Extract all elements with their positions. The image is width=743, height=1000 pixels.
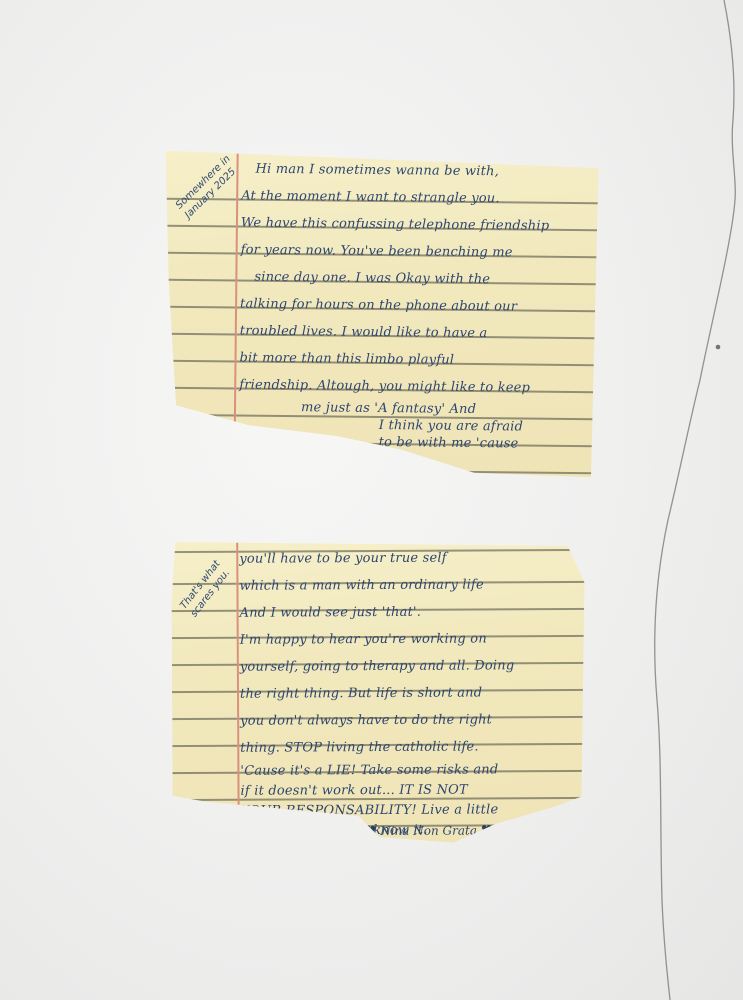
- note-line: talking for hours on the phone about our: [240, 291, 591, 322]
- signature: ♥ Nina Non Grata ♥: [365, 823, 493, 839]
- note-line: which is a man with an ordinary life: [239, 571, 578, 600]
- note-line: friendship. Altough, you might like to k…: [239, 372, 590, 403]
- wall-crack: [0, 0, 743, 1000]
- note-line: And I would see just 'that'.: [240, 598, 579, 627]
- heart-icon: ♥: [481, 823, 493, 838]
- handwritten-note-top: Somewhere in January 2025 Hi man I somet…: [162, 151, 598, 478]
- note-line: you don't always have to do the right: [240, 706, 579, 735]
- note-line: if it doesn't work out... IT IS NOT: [240, 780, 579, 802]
- note-line: At the moment I want to strangle you.: [241, 183, 592, 214]
- note-line: to be with me 'cause: [239, 433, 590, 454]
- handwritten-note-bottom: That's what scares you. you'll have to b…: [171, 540, 586, 844]
- note-line: Hi man I sometimes wanna be with,: [241, 156, 592, 187]
- note-line: troubled lives. I would like to have a: [240, 318, 591, 349]
- note-line: yourself, going to therapy and all. Doin…: [240, 652, 579, 681]
- note-text: you'll have to be your true self which i…: [239, 544, 580, 842]
- note-line: you'll have to be your true self: [239, 544, 578, 573]
- note-line: thing. STOP living the catholic life.: [240, 733, 579, 762]
- note-line: bit more than this limbo playful: [239, 345, 590, 376]
- note-line: 'Cause it's a LIE! Take some risks and: [240, 760, 579, 782]
- note-line: for years now. You've been benching me: [241, 237, 592, 268]
- note-line: the right thing. But life is short and: [240, 679, 579, 708]
- note-line: We have this confussing telephone friend…: [241, 210, 592, 241]
- note-text: Hi man I sometimes wanna be with, At the…: [239, 156, 593, 454]
- note-line: since day one. I was Okay with the: [240, 264, 591, 295]
- note-line: I'm happy to hear you're working on: [240, 625, 579, 654]
- signature-name: Nina Non Grata: [380, 823, 477, 838]
- note-line: I think you are afraid: [239, 416, 590, 437]
- heart-icon: ♥: [365, 824, 377, 839]
- note-line: YOUR RESPONSABILITY! Live a little: [241, 800, 580, 822]
